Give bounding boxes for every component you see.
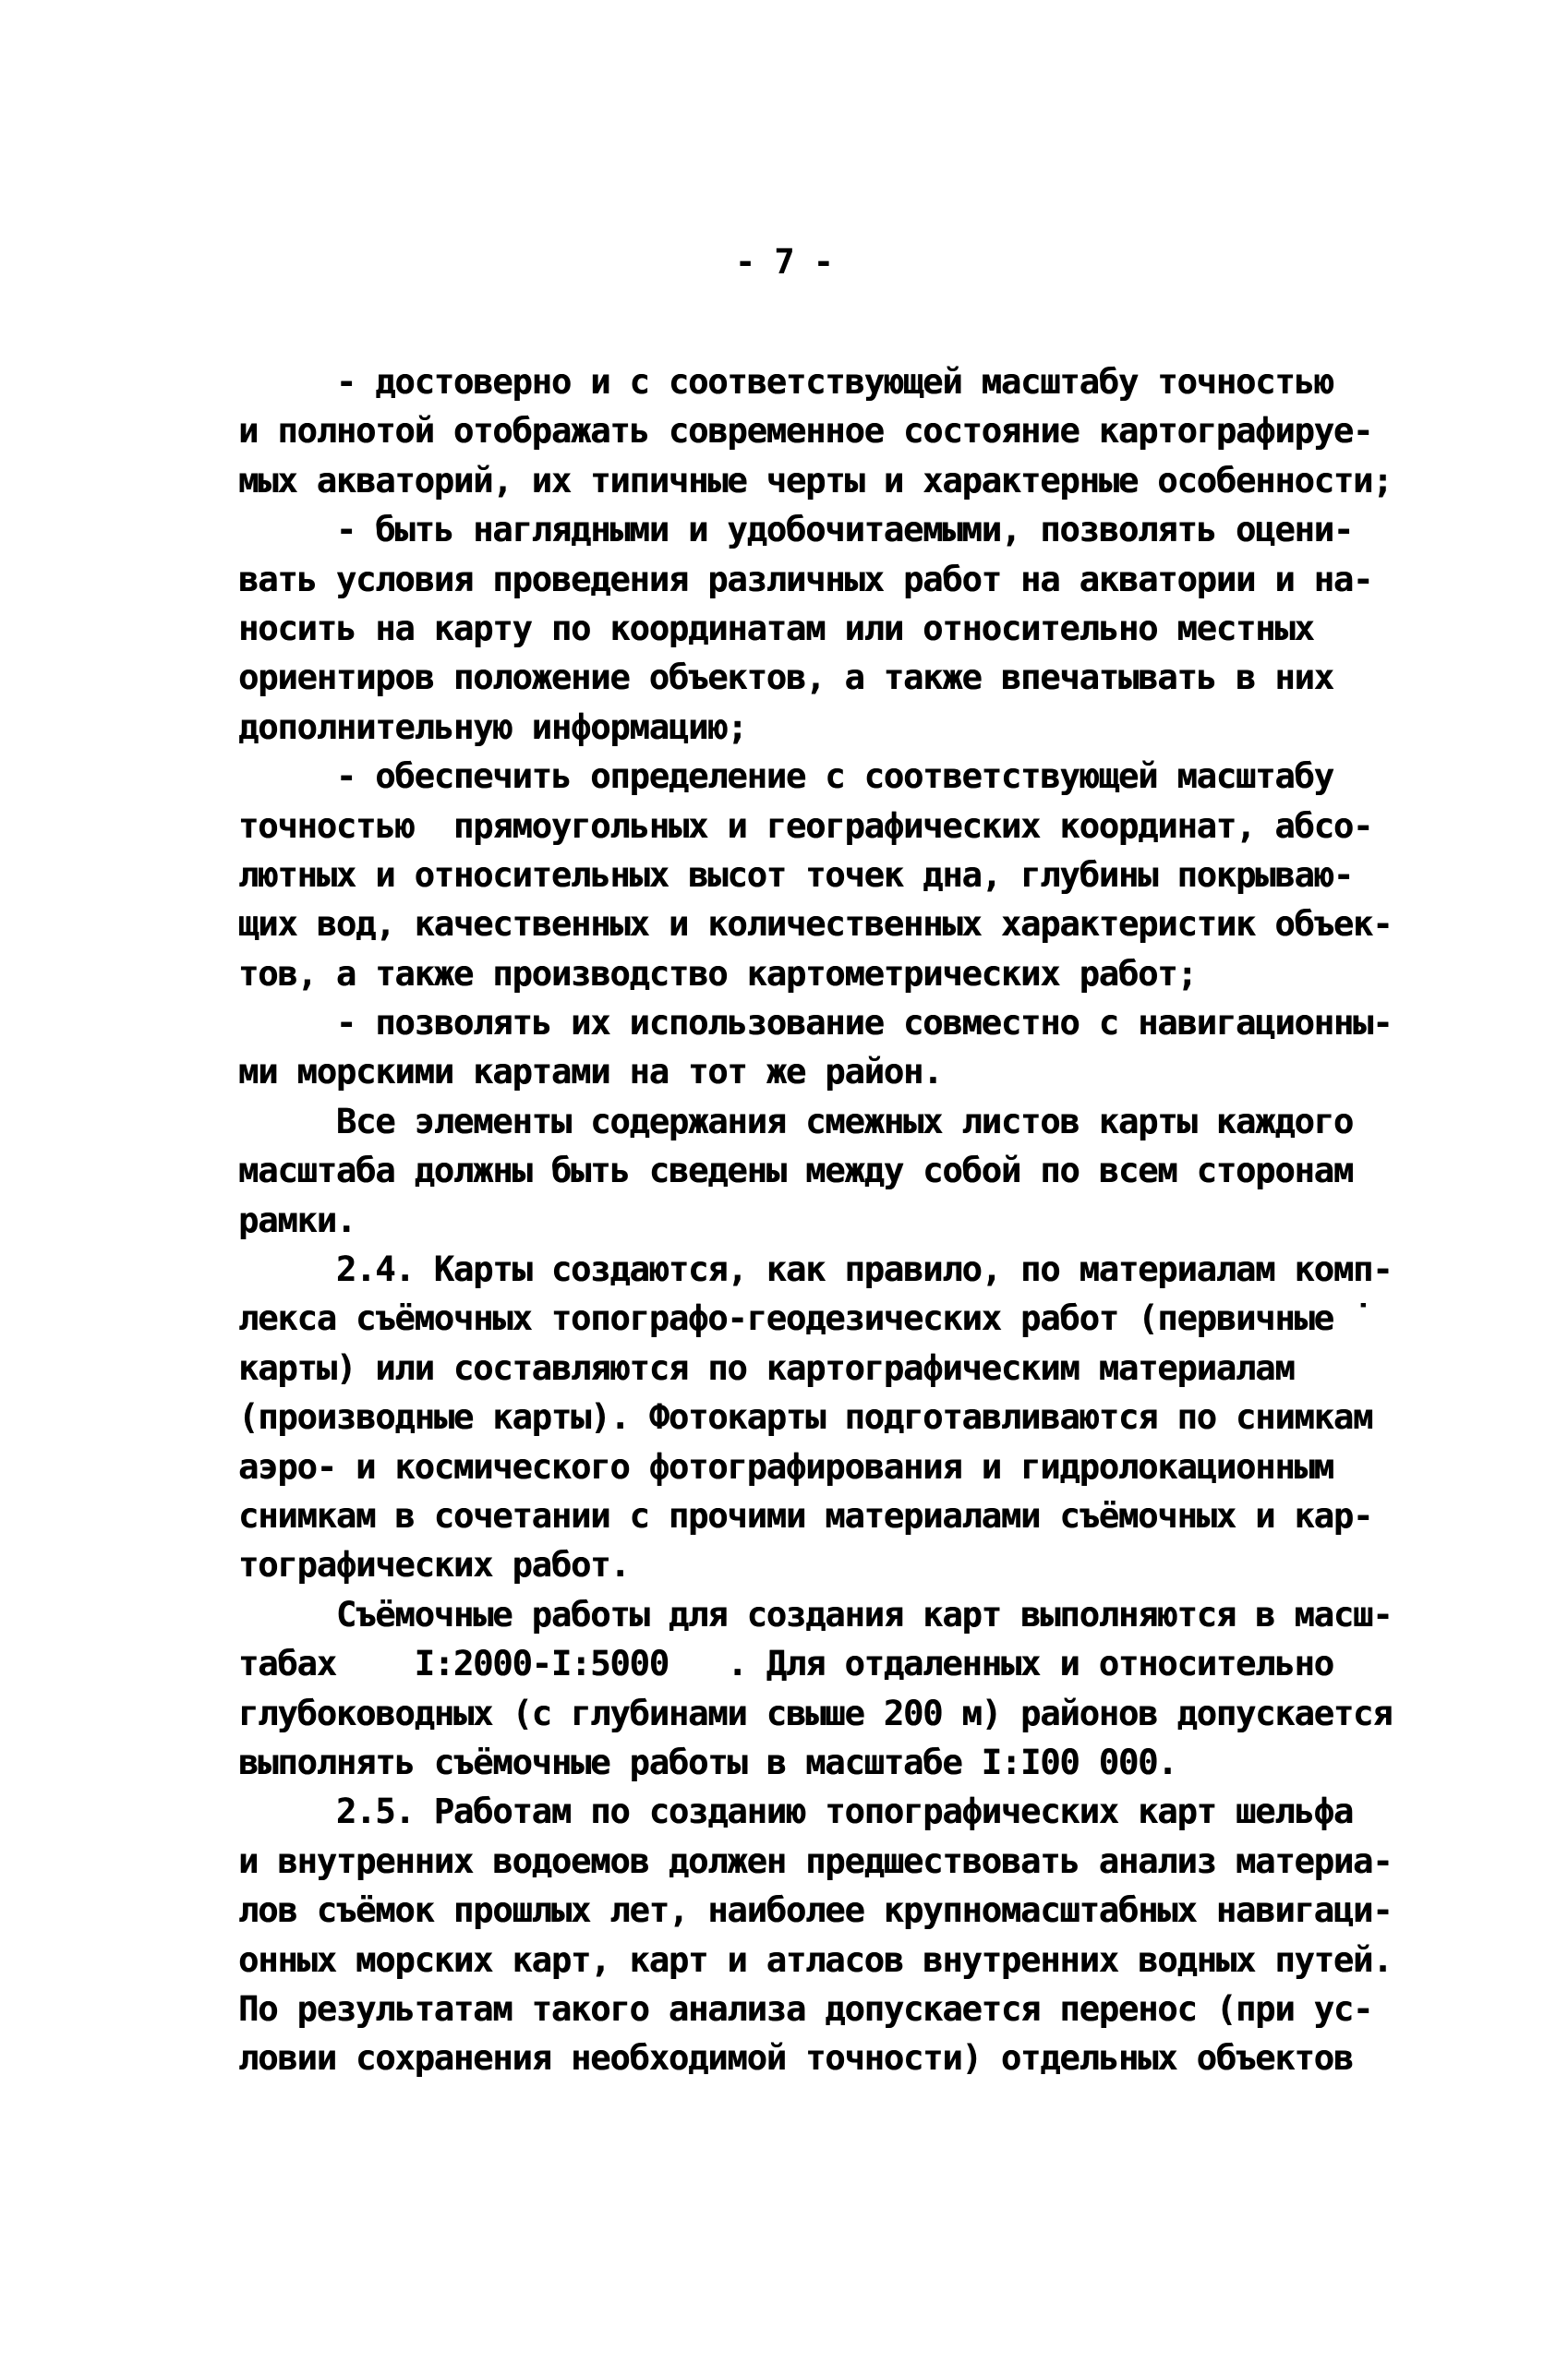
text-line: лекса съёмочных топографо-геодезических … [238, 1294, 1420, 1343]
text-line: лов съёмок прошлых лет, наиболее крупном… [238, 1886, 1420, 1935]
page-number: - 7 - [0, 242, 1568, 282]
text-line: онных морских карт, карт и атласов внутр… [238, 1936, 1420, 1985]
text-line: 2.5. Работам по созданию топографических… [238, 1787, 1420, 1836]
text-line: ловии сохранения необходимой точности) о… [238, 2033, 1420, 2082]
text-line: масштаба должны быть сведены между собой… [238, 1146, 1420, 1195]
text-line: Съёмочные работы для создания карт выпол… [238, 1590, 1420, 1639]
text-line: аэро- и космического фотографирования и … [238, 1442, 1420, 1491]
text-line: 2.4. Карты создаются, как правило, по ма… [238, 1245, 1420, 1294]
text-line: - обеспечить определение с соответствующ… [238, 752, 1420, 801]
text-line: вать условия проведения различных работ … [238, 555, 1420, 604]
text-line: рамки. [238, 1196, 1420, 1245]
text-line: тографических работ. [238, 1540, 1420, 1589]
text-line: носить на карту по координатам или относ… [238, 604, 1420, 653]
text-line: - быть наглядными и удобочитаемыми, позв… [238, 505, 1420, 554]
document-text-block: - достоверно и с соответствующей масштаб… [238, 357, 1420, 2083]
text-line: ориентиров положение объектов, а также в… [238, 653, 1420, 702]
text-line: карты) или составляются по картографичес… [238, 1344, 1420, 1393]
text-line: По результатам такого анализа допускаетс… [238, 1985, 1420, 2033]
text-line: глубоководных (с глубинами свыше 200 м) … [238, 1689, 1420, 1738]
text-line: выполнять съёмочные работы в масштабе I:… [238, 1738, 1420, 1787]
scanned-document-page: - 7 - - достоверно и с соответствующей м… [0, 0, 1568, 2365]
text-line: и полнотой отображать современное состоя… [238, 406, 1420, 455]
text-line: (производные карты). Фотокарты подготавл… [238, 1393, 1420, 1442]
text-line: - позволять их использование совместно с… [238, 998, 1420, 1047]
text-line: дополнительную информацию; [238, 703, 1420, 752]
text-line: щих вод, качественных и количественных х… [238, 899, 1420, 948]
text-line: мых акваторий, их типичные черты и харак… [238, 456, 1420, 505]
text-line: ми морскими картами на тот же район. [238, 1047, 1420, 1096]
text-line: точностью прямоугольных и географических… [238, 802, 1420, 851]
text-line: снимкам в сочетании с прочими материалам… [238, 1491, 1420, 1540]
text-line: и внутренних водоемов должен предшествов… [238, 1837, 1420, 1886]
text-line: тов, а также производство картометрическ… [238, 949, 1420, 998]
text-line: табах I:2000-I:5000 . Для отдаленных и о… [238, 1639, 1420, 1688]
text-line: лютных и относительных высот точек дна, … [238, 851, 1420, 899]
text-line: Все элементы содержания смежных листов к… [238, 1097, 1420, 1146]
text-line: - достоверно и с соответствующей масштаб… [238, 357, 1420, 406]
